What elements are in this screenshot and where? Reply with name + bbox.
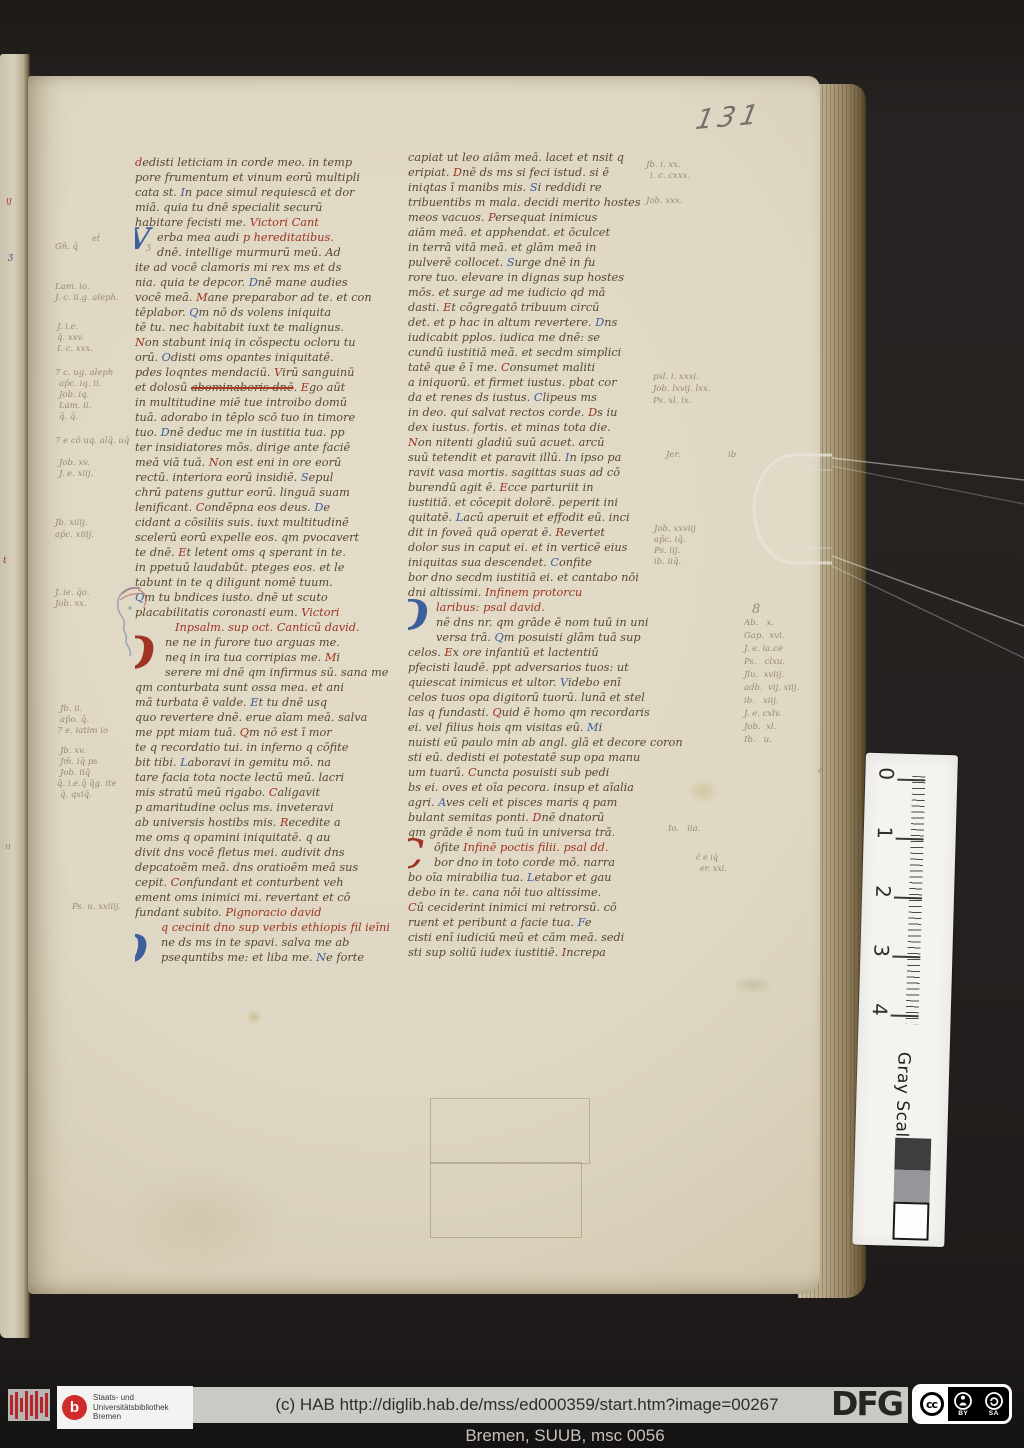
marginal-note: psl. i. xxxi. [653,372,699,382]
manuscript-line: Qm tu bndices iusto. dnē ut scuto [135,590,409,605]
manuscript-line: Cū ceciderint inimici mi retrorsū. cō [408,900,682,915]
marginal-note: q̄. q̄. [59,412,78,422]
marginal-note: Jlu. xviij. [744,670,784,680]
marginal-note: Jb. xv. [60,746,86,756]
manuscript-line: in multitudine miē tue introibo domū [135,395,409,410]
manuscript-line: ite ad vocē clamoris mi rex ms et ds [135,260,409,275]
manuscript-line: cata st. In pace simul requiescā et dor [135,185,409,200]
marginal-note: Jb. i. xx. [646,160,681,170]
manuscript-line: ōfite Infinē poctis filii. psal dd. [408,840,682,855]
marginal-note: 7 e cō uq. alq̄. uq̄ [55,436,129,446]
manuscript-line: psequntibs me: et liba me. Ne forte [135,950,409,965]
cc-icon: cc [915,1387,948,1421]
manuscript-line: versa trā. Qm posuisti glām tuā sup [408,630,682,645]
manuscript-line: celos tuos opa digitorū tuorū. lunā et s… [408,690,682,705]
manuscript-line: det. et p hac in altum revertere. Dns [408,315,682,330]
library-logo-text: Staats- und Universitätsbibliothek Breme… [93,1393,169,1422]
manuscript-line: tēplabor. Qm nō ds volens iniquita [135,305,409,320]
library-logo-line2: Universitätsbibliothek [93,1403,169,1413]
ruler-number: 0 [874,767,898,780]
marginal-note: 7 c. ug. aleph [55,368,113,378]
manuscript-page: 131 dedisti leticiam in corde meo. in te… [28,76,820,1294]
marginal-note: Job. xxx. [646,196,682,206]
image-caption: Bremen, SUUB, msc 0056 [465,1426,664,1446]
manuscript-line: tabunt in te q diligunt nomē tuum. [135,575,409,590]
gray-patch-dark [894,1138,931,1171]
manuscript-line: iniquitas sua descendet. Confite [408,555,682,570]
marginal-note: Job. xxviij [654,524,696,534]
manuscript-line: in terrā vitā meā. et glām meā in [408,240,682,255]
manuscript-line: bulant semitas ponti. Dnē dnatorū [408,810,682,825]
manuscript-line: q cecinit dno sup verbis ethiopis fil ie… [135,920,409,935]
marginal-note: ib [728,450,736,460]
manuscript-line: dex iustus. fortis. et minas tota die. [408,420,682,435]
manuscript-line: scelerū eorū expelle eos. qm pvocavert [135,530,409,545]
text-column-2: capiat ut leo aiām meā. lacet et nsit qe… [408,150,682,962]
manuscript-line: tatē que ē ī me. Consumet maliti [408,360,682,375]
marginal-note: Io. iia. [668,824,700,834]
manuscript-line: dit in foveā quā operat ē. Revertet [408,525,682,540]
marginal-note: Job. xl. [744,722,776,732]
manuscript-line: depcatoēm meā. dns oratioēm meā sus [135,860,409,875]
manuscript-line: cundū iustitiā meā. et secdm simplici [408,345,682,360]
manuscript-line: tare facia tota nocte lectū meū. lacri [135,770,409,785]
manuscript-line: dni altissimi. Infinem protorcu [408,585,682,600]
manuscript-line: burendū agit ē. Ecce parturiit in [408,480,682,495]
marginal-note: ʒ [146,242,151,252]
manuscript-line: bit tibi. Laboravi in gemitu mō. na [135,755,409,770]
manuscript-line: fundant subito. Pignoracio david [135,905,409,920]
offset-rectangle [430,1162,582,1238]
ruler-number: 4 [868,1003,892,1016]
manuscript-line: in deo. qui salvat rectos corde. Ds iu [408,405,682,420]
quire-mark: t [3,556,7,566]
manuscript-line: pdes loqntes mendaciū. Virū sanguinū [135,365,409,380]
marginal-note: q̄. i.e.q̄ q̄g. ite [57,779,117,789]
manuscript-line: debo in te. cana nōi tuo altissime. [408,885,682,900]
manuscript-line: bs ei. oves et oīa pecora. insup et aīal… [408,780,682,795]
marginal-note: q̄. xxv. [57,333,84,343]
manuscript-line: me ppt miam tuā. Qm nō est ī mor [135,725,409,740]
marginal-note: Job. iq. [59,390,89,400]
gray-patches [892,1138,931,1241]
marginal-note: Jm̄. iq̄ ps [60,757,98,767]
manuscript-line: te dnē. Et letent oms q sperant in te. [135,545,409,560]
manuscript-line: sti eū. dedisti ei potestatē sup opa man… [408,750,682,765]
illuminated-initial: D [408,595,428,637]
marginal-note: J. e. cxlv. [744,709,781,719]
manuscript-line: agri. Aves celi et pisces maris q pam [408,795,682,810]
cc-license-badge: cc BY SA [912,1384,1012,1424]
manuscript-line: divit dns vocē fletus mei. audivit dns [135,845,409,860]
manuscript-line: placabilitatis coronasti eum. Victori [135,605,409,620]
marginal-note: ap̄o. q̄. [60,715,89,725]
manuscript-line: lenificant. Condēpna eos deus. De [135,500,409,515]
manuscript-line: vocē meā. Mane preparabor ad te. et con [135,290,409,305]
manuscript-line: ne ne in furore tuo arguas me. [135,635,409,650]
cc-sa-icon: SA [984,1391,1004,1417]
marginal-note: er. xxi. [700,864,727,873]
photo-frame: ıȷ ʒ t ıı 131 dedisti leticiam in corde … [0,0,1024,1448]
marginal-note: Jer. [666,450,680,460]
marginal-note: Ib. u. [744,735,772,745]
ruler-major-tick [894,897,922,900]
ruler-major-tick [891,1015,919,1018]
manuscript-line: cisti enī iudiciū meū et cām meā. sedi [408,930,682,945]
marginal-note: J. e. xiij. [59,469,93,479]
manuscript-line: pore frumentum et vinum eorū multipli [135,170,409,185]
ruler-major-tick [892,956,920,959]
gray-scale-label: Gray Scale [891,1052,914,1149]
manuscript-line: iniqtas ī manibs mis. Si reddidi re [408,180,682,195]
manuscript-line: Non nitenti gladiū suū acuet. arcū [408,435,682,450]
manuscript-line: bor dno in toto corde mō. narra [408,855,682,870]
marginal-note: Gn̄. q̄ [55,242,78,252]
manuscript-line: um tuarū. Cuncta posuisti sub pedi [408,765,682,780]
manuscript-line: quo revertere dnē. erue aīam meā. salva [135,710,409,725]
manuscript-line: iudicabit pplos. iudica me dnē: se [408,330,682,345]
manuscript-line: capiat ut leo aiām meā. lacet et nsit q [408,150,682,165]
marginal-note: et̃ [92,234,100,243]
manuscript-line: tē tu. nec habitabit iuxt te malignus. [135,320,409,335]
manuscript-line: rectū. interiora eorū insidiē. Sepul [135,470,409,485]
manuscript-line: dedisti leticiam in corde meo. in temp [135,155,409,170]
manuscript-line: et dolosū abominaberis dnē. Ego aūt [135,380,409,395]
ruler-number: 2 [871,885,895,898]
manuscript-line: serere mi dnē qm infirmus sū. sana me [135,665,409,680]
offset-rectangle [430,1098,590,1164]
manuscript-line: neq in ira tua corripias me. Mi [135,650,409,665]
marginal-note: Job. xv. [59,458,90,468]
cc-by-icon: BY [953,1391,973,1417]
manuscript-line: qm grāde ē nom tuū in universa trā. [408,825,682,840]
manuscript-line: miā. quia tu dnē specialit securū [135,200,409,215]
manuscript-line: ement oms inimici mi. revertant et cō [135,890,409,905]
manuscript-line: bor dno secdm iustitiā ei. et cantabo nō… [408,570,682,585]
marginal-note: Job. iiq̄ [60,768,90,778]
library-logo-b-icon: b [62,1395,87,1420]
manuscript-line: rore tuo. elevare in dignas sup hostes [408,270,682,285]
manuscript-line: p amaritudine oclus ms. inveteravi [135,800,409,815]
manuscript-line: tuo. Dnē deduc me in iustitia tua. pp [135,425,409,440]
manuscript-line: in ppetuū laudabūt. pteges eos. et le [135,560,409,575]
marginal-note: Jb. xiiij. [55,518,88,528]
manuscript-line: Inpsalm. sup oct. Canticū david. [135,620,409,635]
manuscript-line: cidant a cōsiliis suis. iuxt multitudinē [135,515,409,530]
marginal-note: Lam. ii. [59,401,91,411]
manuscript-line: cepit. Confundant et conturbent veh [135,875,409,890]
folio-number: 131 [693,99,765,136]
ruler-ticks [905,776,925,1024]
marginal-note: i. c. cxxx. [650,171,690,181]
manuscript-line: tuā. adorabo in tēplo scō tuo in timore [135,410,409,425]
manuscript-line: mā turbata ē valde. Et tu dnē usq [135,695,409,710]
stain [732,976,774,994]
marginal-note: ap̄c. iq. ii. [59,379,101,389]
text-column-1: dedisti leticiam in corde meo. in temppo… [135,155,409,967]
marginal-note: Ps. xl. ix. [653,396,691,406]
marginal-note: Ps. u. xxiiij. [72,902,121,912]
manuscript-line: bo oīa mirabilia tua. Letabor et gau [408,870,682,885]
manuscript-line: da et renes ds iustus. Clipeus ms [408,390,682,405]
marginal-note: o [818,766,823,776]
marginal-note: Job. xx. [55,599,87,609]
marginal-note: J. c. ii.g. aleph. [55,293,119,303]
library-logo: b Staats- und Universitätsbibliothek Bre… [57,1386,193,1429]
stain [246,1010,262,1024]
marginal-note: ib. xiij. [744,696,779,706]
marginal-note: J. ie. q̄o. [55,588,89,598]
manuscript-line: mōs. et surge ad me iudicio qd mā [408,285,682,300]
quire-mark: ʒ [8,252,13,262]
illuminated-initial: C [408,835,424,875]
gray-patch-mid [893,1170,930,1203]
marginal-note: ib. iiq̄. [654,557,681,567]
ruler-major-tick [897,779,925,782]
gray-scale-card: 0 1 2 3 4 Gray Scale [852,753,958,1247]
marginal-note: I. c. xxx. [57,344,93,354]
manuscript-line: aiām meā. et apphendat. et ōculcet [408,225,682,240]
marginal-note: 7 e. iatim io [57,726,108,736]
stain [118,1166,288,1276]
manuscript-line: te q recordatio tui. in inferno q cōfite [135,740,409,755]
gray-patch-white [892,1202,929,1241]
manuscript-line: nē dns nr. qm grāde ē nom tuū in uni [408,615,682,630]
manuscript-line: ab universis hostibs mis. Recedite a [135,815,409,830]
manuscript-line: dolor sus in caput ei. et in verticē eiu… [408,540,682,555]
manuscript-line: habitare fecisti me. Victori Cant [135,215,409,230]
facing-page-edge [0,54,30,1338]
marginal-note: ap̄c. iq̄. [654,535,686,545]
marginal-note: J. i.e. [57,322,78,332]
marginal-note: q̄. qxiq̄. [60,790,92,800]
manuscript-line: suū tetendit et paravit illū. In ipso pa [408,450,682,465]
manuscript-line: dnē. intellige murmurū meū. Ad [135,245,409,260]
bremen-bars-logo [8,1389,50,1421]
manuscript-line: iustitiā. et cōcepit dolorē. peperit ini [408,495,682,510]
manuscript-line: orū. Odisti oms opantes iniquitatē. [135,350,409,365]
manuscript-line: mis stratū meū rigabo. Caligavit [135,785,409,800]
manuscript-line: meos vacuos. Persequat inimicus [408,210,682,225]
manuscript-line: pulverē collocet. Surge dnē in fu [408,255,682,270]
manuscript-line: ter insidiatores mōs. dirige ante faciē [135,440,409,455]
quire-mark: ıȷ [6,196,12,206]
manuscript-line: laribus: psal david. [408,600,682,615]
manuscript-line: ruent et peribunt a facie tua. Fe [408,915,682,930]
marginal-note: Lam. io. [55,282,90,292]
manuscript-line: a iniquorū. et firmet iustus. pbat cor [408,375,682,390]
marginal-note: Job. lxvij. lxx. [653,384,710,394]
illuminated-initial: D [135,930,148,967]
ruler-number: 1 [873,826,897,839]
margin-doodle-face [110,582,156,672]
manuscript-line: eripiat. Dnē ds ms si feci istud. si ē [408,165,682,180]
manuscript-line: tribuentibs m mala. decidi merito hostes [408,195,682,210]
manuscript-line: ei. vel filius hois qm visitas eū. Mi [408,720,682,735]
manuscript-line: nia. quia te depcor. Dnē mane audies [135,275,409,290]
manuscript-line: ravit vasa mortis. sagittas suas ad cō [408,465,682,480]
stain [688,778,718,804]
ruler-number: 3 [869,944,893,957]
quire-mark: ıı [5,842,11,852]
manuscript-line: quitatē. Lacū aperuit et effodit eū. inc… [408,510,682,525]
manuscript-line: qm conturbata sunt ossa mea. et ani [135,680,409,695]
manuscript-line: chrū patens guttur eorū. linguā suam [135,485,409,500]
manuscript-line: me oms q opamini iniquitatē. q au [135,830,409,845]
manuscript-line: las q fundasti. Quid ē homo qm recordari… [408,705,682,720]
manuscript-line: dasti. Et cōgregatō tribuum circū [408,300,682,315]
marginal-note: adb. vij. xiij. [744,683,799,693]
library-logo-line3: Bremen [93,1412,169,1422]
manuscript-line: Non stabunt iniq in cōspectu ocloru tu [135,335,409,350]
marginal-note: c̄ e iq̄ [696,853,718,862]
manuscript-line: celos. Ex ore infantiū et lactentiū [408,645,682,660]
library-logo-line1: Staats- und [93,1393,169,1403]
ruler-major-tick [896,838,924,841]
manuscript-line: sti sup soliū iudex iustitiē. Increpa [408,945,682,960]
manuscript-line: ne ds ms in te spavi. salva me ab [135,935,409,950]
marginal-note: ap̄c. xiiij. [55,530,94,540]
marginal-note: Ps. iij. [654,546,680,556]
marginal-note: Jb. ii. [60,704,82,714]
manuscript-line: erba mea audi p hereditatibus. [135,230,409,245]
manuscript-line: quiescat inimicus et ultor. Videbo enī [408,675,682,690]
copyright-bar: (c) HAB http://diglib.hab.de/mss/ed00035… [193,1387,908,1423]
manuscript-line: pfecisti laudē. ppt adversarios tuos: ut [408,660,682,675]
page-clip [740,430,1024,670]
dfg-logo: DFG [831,1384,908,1427]
manuscript-line: meā viā tuā. Non est eni in ore eorū [135,455,409,470]
manuscript-line: nuisti eū paulo min ab angl. glā et deco… [408,735,682,750]
copyright-text: (c) HAB http://diglib.hab.de/mss/ed00035… [193,1395,831,1415]
